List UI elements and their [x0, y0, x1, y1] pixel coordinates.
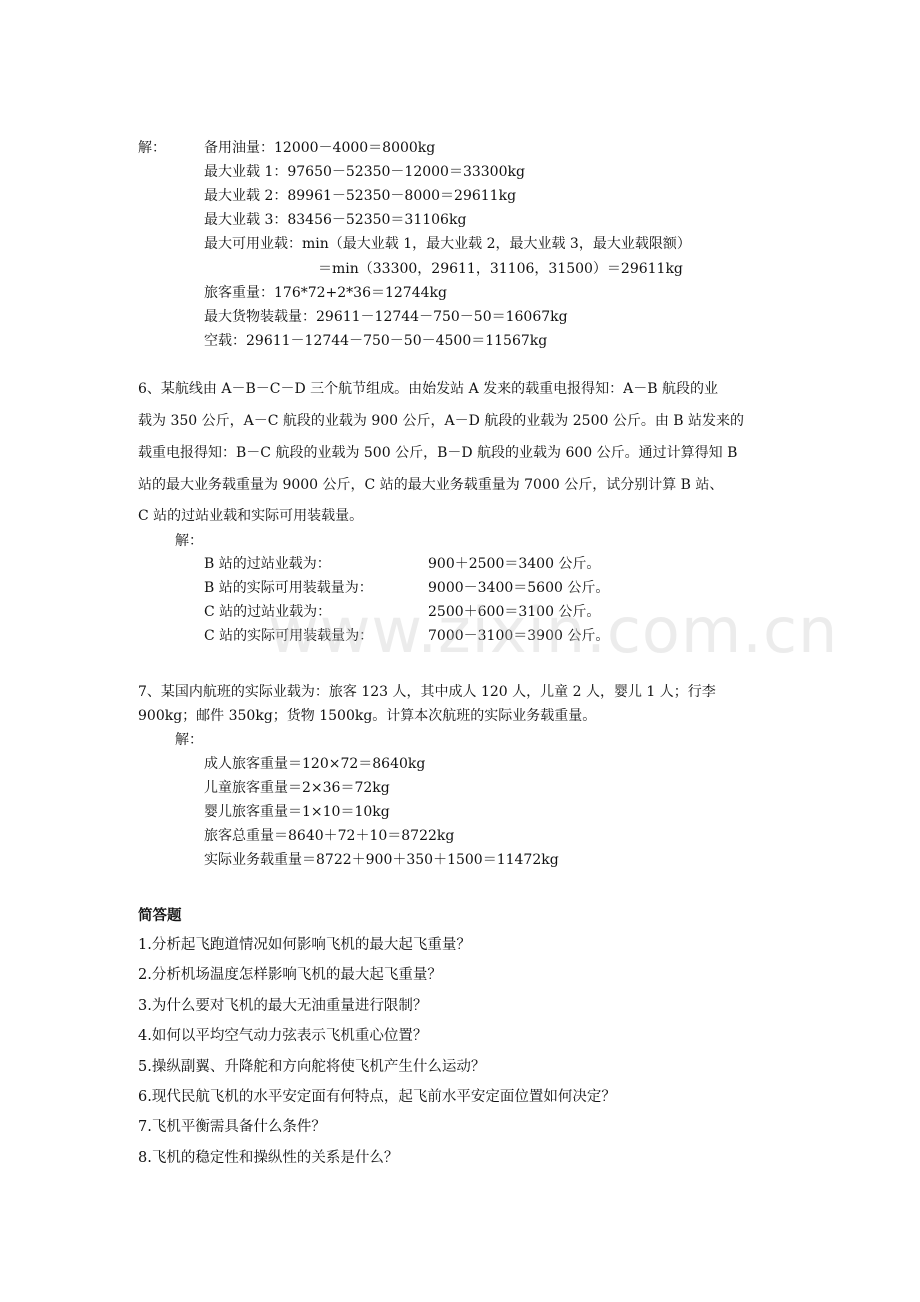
question-item: 4.如何以平均空气动力弦表示飞机重心位置？	[138, 1027, 427, 1045]
calc-value: 2500＋600＝3100 公斤。	[428, 603, 600, 621]
question-item: 6.现代民航飞机的水平安定面有何特点，起飞前水平安定面位置如何决定？	[138, 1088, 616, 1106]
problem-text-line: 7、某国内航班的实际业载为：旅客 123 人，其中成人 120 人，儿童 2 人…	[138, 683, 716, 701]
calc-label: C 站的过站业载为：	[204, 603, 331, 621]
calc-line: 旅客总重量＝8640＋72＋10＝8722kg	[204, 827, 454, 845]
problem-text-line: 载为 350 公斤，A－C 航段的业载为 900 公斤，A－D 航段的业载为 2…	[138, 412, 744, 430]
question-item: 1.分析起飞跑道情况如何影响飞机的最大起飞重量？	[138, 936, 471, 954]
problem-text-line: 载重电报得知：B－C 航段的业载为 500 公斤，B－D 航段的业载为 600 …	[138, 444, 737, 462]
solution-line: 空载：29611－12744－750－50－4500＝11567kg	[204, 332, 547, 350]
calc-value: 900＋2500＝3400 公斤。	[428, 555, 600, 573]
calc-value: 9000－3400＝5600 公斤。	[428, 579, 609, 597]
problem-text-line: C 站的过站业载和实际可用装载量。	[138, 507, 363, 525]
question-item: 8.飞机的稳定性和操纵性的关系是什么？	[138, 1149, 398, 1167]
solution-line: 最大业载 2：89961－52350－8000＝29611kg	[204, 187, 516, 205]
calc-line: 实际业务载重量＝8722＋900＋350＋1500＝11472kg	[204, 851, 559, 869]
solution-line: 最大可用业载：min（最大业载 1，最大业载 2，最大业载 3，最大业载限额）	[204, 235, 691, 253]
solution-label: 解：	[138, 139, 166, 157]
question-item: 2.分析机场温度怎样影响飞机的最大起飞重量？	[138, 966, 442, 984]
solution-line: 旅客重量：176*72+2*36＝12744kg	[204, 284, 447, 302]
solution-line: 备用油量：12000－4000＝8000kg	[204, 139, 435, 157]
solution-label: 解：	[175, 731, 203, 749]
solution-line: 最大业载 3：83456－52350＝31106kg	[204, 211, 466, 229]
solution-line: 最大业载 1：97650－52350－12000＝33300kg	[204, 163, 525, 181]
solution-line: 最大货物装载量：29611－12744－750－50＝16067kg	[204, 308, 568, 326]
problem-text-line: 6、某航线由 A－B－C－D 三个航节组成。由始发站 A 发来的载重电报得知：A…	[138, 380, 718, 398]
section-heading: 简答题	[138, 907, 182, 925]
calc-line: 儿童旅客重量＝2×36＝72kg	[204, 779, 390, 797]
question-item: 3.为什么要对飞机的最大无油重量进行限制？	[138, 997, 427, 1015]
calc-line: 成人旅客重量＝120×72＝8640kg	[204, 755, 425, 773]
problem-text-line: 900kg；邮件 350kg；货物 1500kg。计算本次航班的实际业务载重量。	[138, 707, 596, 725]
calc-label: C 站的实际可用装载量为：	[204, 627, 373, 645]
question-item: 7.飞机平衡需具备什么条件？	[138, 1118, 326, 1136]
solution-label: 解：	[175, 532, 203, 550]
question-item: 5.操纵副翼、升降舵和方向舵将使飞机产生什么运动？	[138, 1058, 485, 1076]
solution-line: ＝min（33300，29611，31106，31500）＝29611kg	[318, 260, 683, 278]
calc-line: 婴儿旅客重量＝1×10＝10kg	[204, 803, 390, 821]
calc-label: B 站的实际可用装载量为：	[204, 579, 373, 597]
calc-value: 7000－3100＝3900 公斤。	[428, 627, 609, 645]
problem-text-line: 站的最大业务载重量为 9000 公斤，C 站的最大业务载重量为 7000 公斤，…	[138, 476, 723, 494]
calc-label: B 站的过站业载为：	[204, 555, 331, 573]
